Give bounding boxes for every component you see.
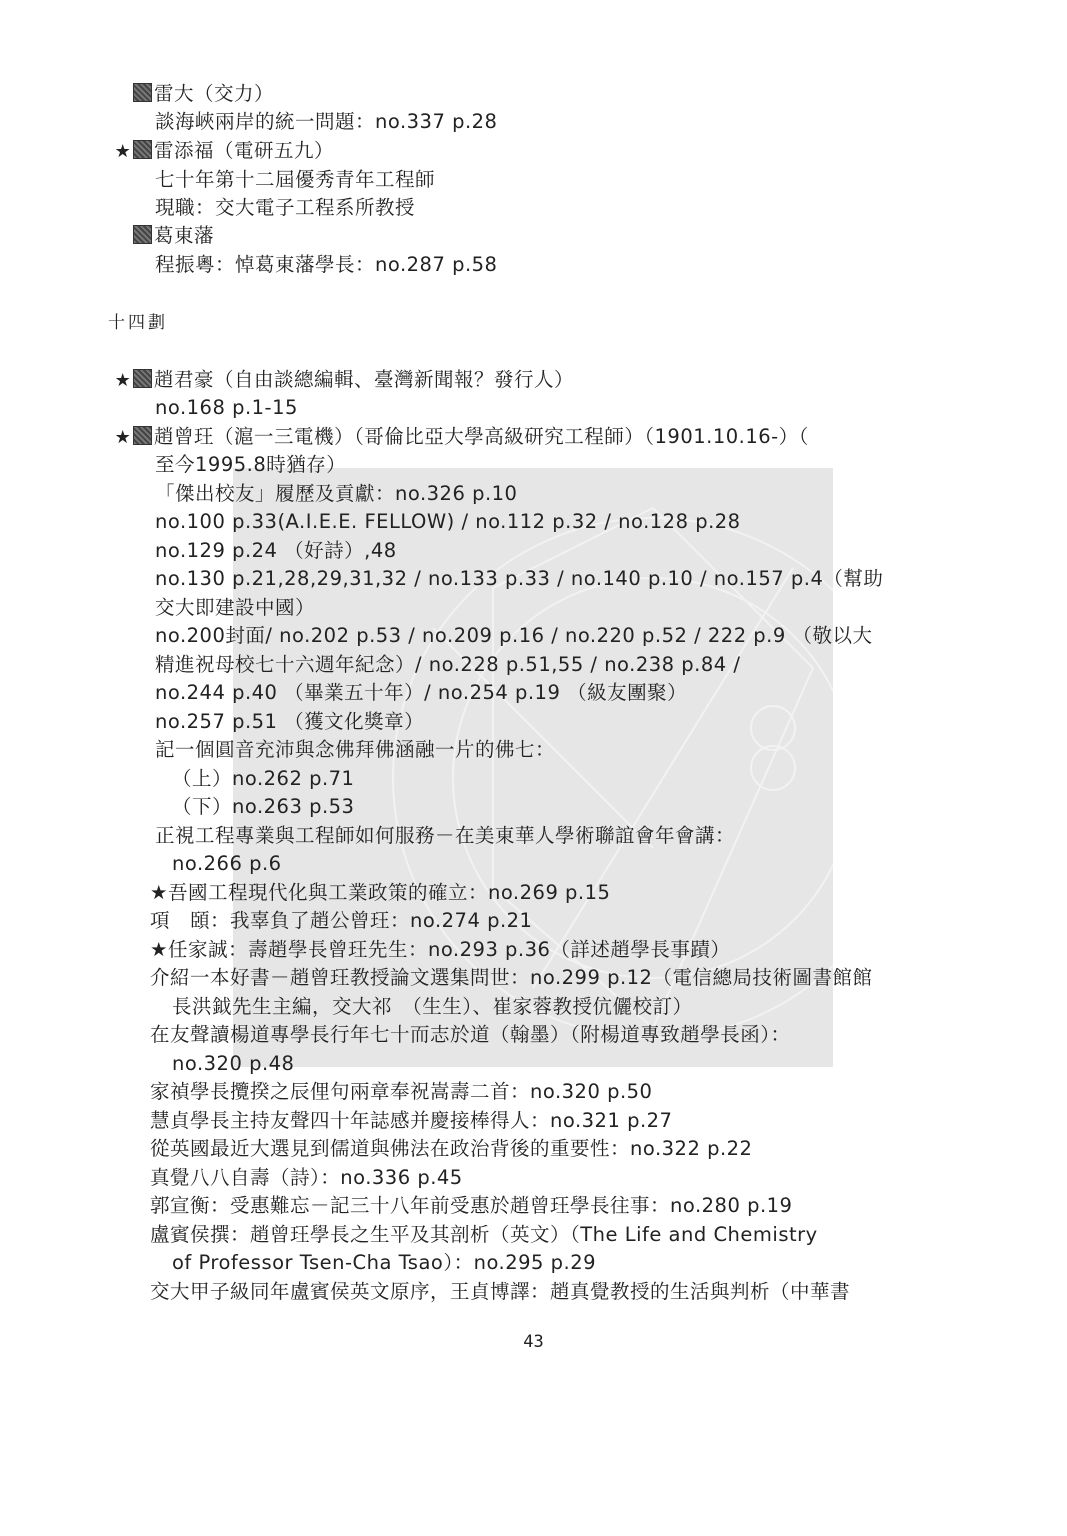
entry-line: （上）no.262 p.71 <box>172 765 354 793</box>
entry-name: 趙曾玨（滬一三電機）（哥倫比亞大學高級研究工程師）（1901.10.16-）（ <box>154 425 809 448</box>
entry-line: 項 頣：我辜負了趙公曾玨：no.274 p.21 <box>150 907 532 935</box>
entry-line: no.129 p.24 （好詩）,48 <box>155 537 397 565</box>
entry-header: 葛東藩 <box>133 222 214 250</box>
entry-line: 在友聲讀楊道專學長行年七十而志於道（翰墨）（附楊道專致趙學長函）： <box>150 1021 791 1049</box>
portrait-photo-icon <box>133 369 152 388</box>
entry-line: no.244 p.40 （畢業五十年）/ no.254 p.19 （級友團聚） <box>155 679 687 707</box>
entry-line: 介紹一本好書－趙曾玨教授論文選集問世：no.299 p.12（電信總局技術圖書館… <box>150 964 872 992</box>
entry-line: 精進祝母校七十六週年紀念）/ no.228 p.51,55 / no.238 p… <box>155 651 740 679</box>
entry-line: no.200封面/ no.202 p.53 / no.209 p.16 / no… <box>155 622 873 650</box>
entry-line: 談海峽兩岸的統一問題：no.337 p.28 <box>155 108 497 136</box>
entry-line: 長洪鉞先生主編，交大祁 （生生）、崔家蓉教授伉儷校訂） <box>172 993 693 1021</box>
entry-line: 交大甲子級同年盧賓侯英文原序，王貞博譯：趙真覺教授的生活與判析（中華書 <box>150 1278 850 1306</box>
star-icon: ★ <box>113 367 133 395</box>
entry-line: no.320 p.48 <box>172 1050 294 1078</box>
entry-line: no.266 p.6 <box>172 850 282 878</box>
portrait-photo-icon <box>133 225 152 244</box>
entry-line: 郭宣衡：受惠難忘－記三十八年前受惠於趙曾玨學長往事：no.280 p.19 <box>150 1192 792 1220</box>
entry-line: ★任家誠：壽趙學長曾玨先生：no.293 p.36（詳述趙學長事蹟） <box>150 936 730 964</box>
page-number: 43 <box>0 1332 1067 1352</box>
entry-line: 「傑出校友」履歷及貢獻：no.326 p.10 <box>155 480 517 508</box>
entry-line: （下）no.263 p.53 <box>172 793 354 821</box>
portrait-photo-icon <box>133 83 152 102</box>
entry-header: ★趙君豪（自由談總編輯、臺灣新聞報？發行人） <box>133 366 574 395</box>
entry-line: 家禎學長攬揆之辰俚句兩章奉祝嵩壽二首：no.320 p.50 <box>150 1078 652 1106</box>
entry-line: no.100 p.33(A.I.E.E. FELLOW) / no.112 p.… <box>155 508 741 536</box>
portrait-photo-icon <box>133 426 152 445</box>
entry-line: 交大即建設中國） <box>155 594 315 622</box>
entry-line: 七十年第十二屆優秀青年工程師 <box>155 166 435 194</box>
entry-line: 至今1995.8時猶存） <box>155 451 346 479</box>
entry-line: 真覺八八自壽（詩）：no.336 p.45 <box>150 1164 463 1192</box>
star-icon: ★ <box>113 138 133 166</box>
entry-line: 盧賓侯撰：趙曾玨學長之生平及其剖析（英文）（The Life and Chemi… <box>150 1221 818 1249</box>
entry-header: ★雷添福（電研五九） <box>133 137 334 166</box>
entry-name: 趙君豪（自由談總編輯、臺灣新聞報？發行人） <box>154 368 574 391</box>
entry-header: ★趙曾玨（滬一三電機）（哥倫比亞大學高級研究工程師）（1901.10.16-）（ <box>133 423 809 452</box>
entry-name: 葛東藩 <box>154 224 214 247</box>
entry-line: ★吾國工程現代化與工業政策的確立：no.269 p.15 <box>150 879 610 907</box>
entry-line: 慧貞學長主持友聲四十年誌感并慶接棒得人：no.321 p.27 <box>150 1107 672 1135</box>
entry-line: no.257 p.51 （獲文化獎章） <box>155 708 424 736</box>
entry-header: 雷大（交力） <box>133 80 274 108</box>
entry-line: 程振粵：悼葛東藩學長：no.287 p.58 <box>155 251 497 279</box>
star-icon: ★ <box>113 424 133 452</box>
entry-name: 雷大（交力） <box>154 82 274 105</box>
entry-line: no.130 p.21,28,29,31,32 / no.133 p.33 / … <box>155 565 883 593</box>
entry-line: no.168 p.1-15 <box>155 394 298 422</box>
section-heading: 十四劃 <box>108 309 168 337</box>
portrait-photo-icon <box>133 140 152 159</box>
entry-line: 現職：交大電子工程系所教授 <box>155 194 415 222</box>
entry-line: of Professor Tsen-Cha Tsao）：no.295 p.29 <box>172 1249 596 1277</box>
entry-name: 雷添福（電研五九） <box>154 139 334 162</box>
entry-line: 從英國最近大選見到儒道與佛法在政治背後的重要性：no.322 p.22 <box>150 1135 752 1163</box>
entry-line: 記一個圓音充沛與念佛拜佛涵融一片的佛七： <box>155 736 555 764</box>
entry-line: 正視工程專業與工程師如何服務－在美東華人學術聯誼會年會講： <box>155 822 735 850</box>
